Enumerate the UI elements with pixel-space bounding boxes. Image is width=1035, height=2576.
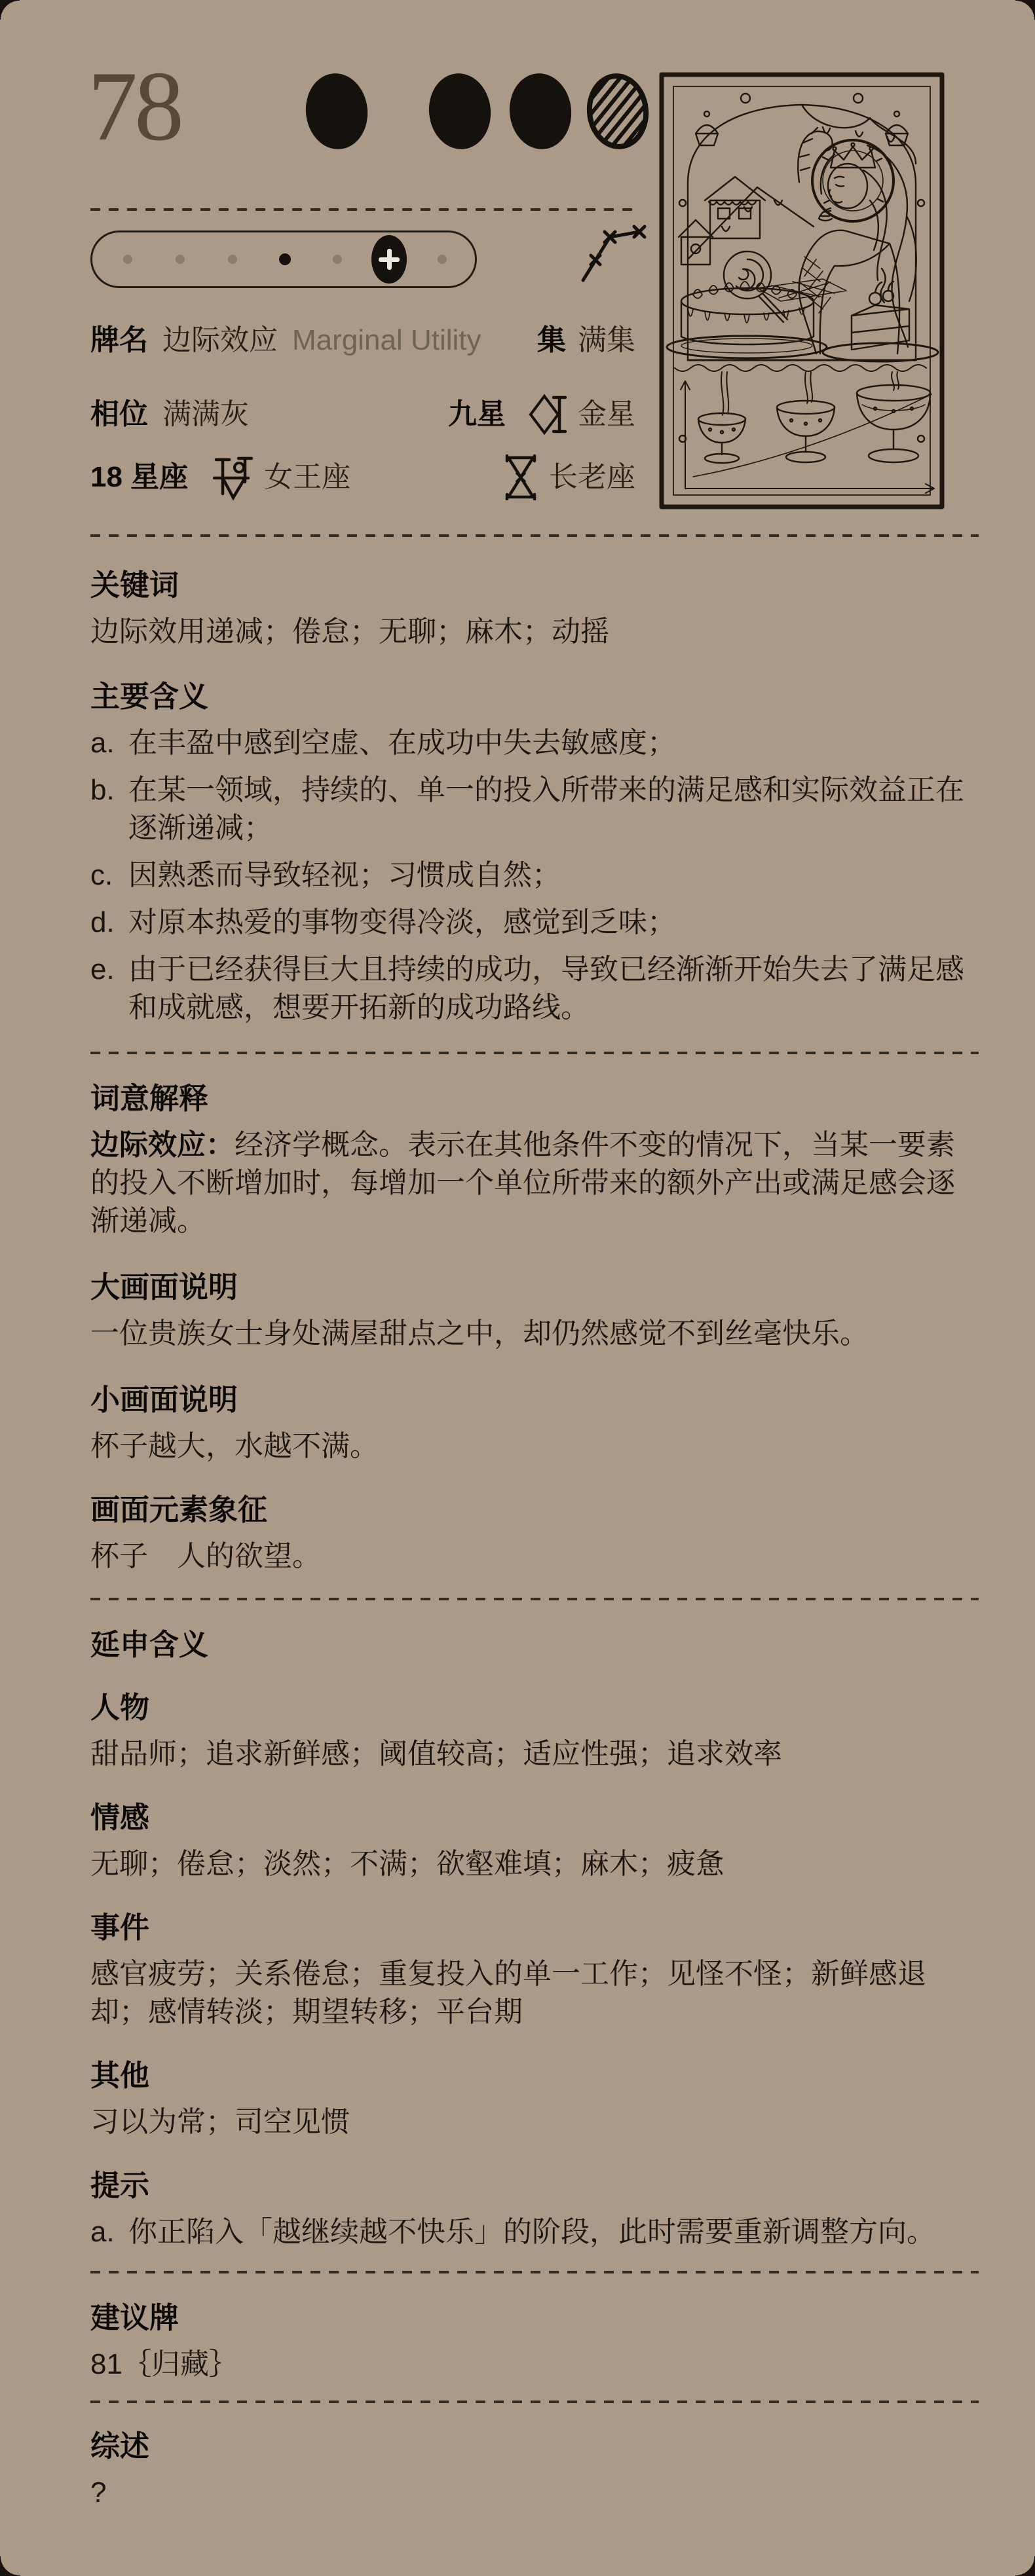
- constellation-row: 18 星座 女王座 长老座: [90, 453, 635, 502]
- hint-list: a. 你正陷入「越继续越不快乐」的阶段，此时需要重新调整方向。: [90, 2213, 979, 2251]
- progress-dot: [123, 255, 132, 264]
- queen-sign-icon: [213, 453, 254, 502]
- symbol-meaning: 人的欲望。: [177, 1540, 321, 1572]
- ninestar-label: 九星: [448, 395, 506, 434]
- name-label: 牌名: [90, 321, 148, 360]
- subsection-title-people: 人物: [90, 1689, 979, 1726]
- progress-dot-current: [279, 253, 291, 265]
- symbols-text: 杯子人的欲望。: [90, 1537, 979, 1575]
- progress-dot: [333, 255, 342, 264]
- progress-pill: [90, 230, 477, 288]
- nine-star-icon: [528, 393, 567, 436]
- phase-value: 满满灰: [162, 395, 249, 434]
- symbol-term: 杯子: [90, 1540, 148, 1572]
- subsection-title-hint: 提示: [90, 2167, 979, 2204]
- subsection-title-other: 其他: [90, 2057, 979, 2094]
- small-picture-text: 杯子越大，水越不满。: [90, 1427, 979, 1465]
- set-label: 集: [537, 321, 566, 360]
- screen-corner: [1015, 2556, 1035, 2576]
- set-value: 满集: [578, 321, 635, 360]
- section-title-summary: 综述: [90, 2428, 979, 2465]
- section-title-extended: 延申含义: [90, 1627, 979, 1663]
- screen-corner: [1015, 0, 1035, 20]
- name-value-en: Marginal Utility: [292, 321, 481, 360]
- progress-dot: [176, 255, 185, 264]
- section-divider: [90, 1052, 979, 1054]
- keywords-text: 边际效用递减；倦怠；无聊；麻木；动摇: [90, 613, 979, 651]
- subsection-title-events: 事件: [90, 1909, 979, 1946]
- events-text: 感官疲劳；关系倦怠；重复投入的单一工作；见怪不怪；新鲜感退却；感情转淡；期望转移…: [90, 1955, 979, 2031]
- section-divider: [90, 2271, 979, 2273]
- card-detail-page: { "colors": { "background": "#ab9a88", "…: [0, 0, 1035, 2576]
- section-title-suggestion: 建议牌: [90, 2300, 979, 2336]
- pip-icon: [506, 70, 575, 152]
- list-item: b. 在某一领域，持续的、单一的投入所带来的满足感和实际效益正在逐渐递减；: [90, 771, 979, 847]
- sketch-arrow-icon: [575, 219, 647, 287]
- section-title-main-meaning: 主要含义: [90, 678, 979, 715]
- people-text: 甜品师；追求新鲜感；阈值较高；适应性强；追求效率: [90, 1735, 979, 1773]
- screen-corner: [0, 2556, 20, 2576]
- section-divider: [90, 2401, 979, 2403]
- pip-icon: [425, 70, 495, 152]
- summary-text: ?: [90, 2474, 979, 2512]
- list-item: e. 由于已经获得巨大且持续的成功，导致已经渐渐开始失去了满足感和成就感，想要开…: [90, 951, 979, 1027]
- plus-icon: [379, 249, 400, 270]
- card-name-row: 牌名 边际效应 Marginal Utility 集 满集: [90, 321, 635, 360]
- emotion-text: 无聊；倦怠；淡然；不满；欲壑难填；麻木；疲惫: [90, 1845, 979, 1883]
- section-title-big-picture: 大画面说明: [90, 1269, 979, 1306]
- big-picture-text: 一位贵族女士身处满屋甜点之中，却仍然感觉不到丝毫快乐。: [90, 1315, 979, 1353]
- name-value: 边际效应: [162, 321, 278, 360]
- word-meaning-term: 边际效应：: [90, 1129, 235, 1161]
- phase-row: 相位 满满灰 九星 金星: [90, 393, 635, 436]
- constellation-label: 18 星座: [90, 458, 188, 497]
- screen-corner: [0, 0, 20, 20]
- card-content: 关键词 边际效用递减；倦怠；无聊；麻木；动摇 主要含义 a. 在丰盈中感到空虚、…: [90, 517, 979, 2512]
- ninestar-value: 金星: [578, 395, 635, 434]
- section-title-keywords: 关键词: [90, 567, 979, 604]
- header-divider: [90, 208, 641, 211]
- subsection-title-emotion: 情感: [90, 1799, 979, 1836]
- pip-icon: [302, 70, 371, 152]
- constellation-value2: 长老座: [549, 458, 635, 497]
- list-item: a. 在丰盈中感到空虚、在成功中失去敏感度；: [90, 724, 979, 762]
- progress-dot: [228, 255, 237, 264]
- progress-dot: [438, 255, 447, 264]
- other-text: 习以为常；司空见惯: [90, 2103, 979, 2141]
- card-illustration: [659, 72, 945, 509]
- section-title-word-meaning: 词意解释: [90, 1080, 979, 1117]
- constellation-value: 女王座: [264, 458, 350, 497]
- section-divider: [90, 534, 979, 537]
- word-meaning-text: 边际效应：经济学概念。表示在其他条件不变的情况下，当某一要素的投入不断增加时，每…: [90, 1126, 979, 1240]
- elder-sign-icon: [503, 454, 538, 500]
- add-button[interactable]: [371, 235, 407, 284]
- list-item: a. 你正陷入「越继续越不快乐」的阶段，此时需要重新调整方向。: [90, 2213, 979, 2251]
- section-title-symbols: 画面元素象征: [90, 1492, 979, 1528]
- list-item: c. 因熟悉而导致轻视；习惯成自然；: [90, 856, 979, 894]
- card-number: 78: [88, 56, 181, 156]
- suggestion-text: 81｛归藏｝: [90, 2346, 979, 2383]
- phase-label: 相位: [90, 395, 148, 434]
- section-title-small-picture: 小画面说明: [90, 1382, 979, 1418]
- list-item: d. 对原本热爱的事物变得冷淡，感觉到乏味；: [90, 904, 979, 942]
- pip-icon: [583, 70, 652, 152]
- main-meaning-list: a. 在丰盈中感到空虚、在成功中失去敏感度； b. 在某一领域，持续的、单一的投…: [90, 724, 979, 1027]
- section-divider: [90, 1598, 979, 1600]
